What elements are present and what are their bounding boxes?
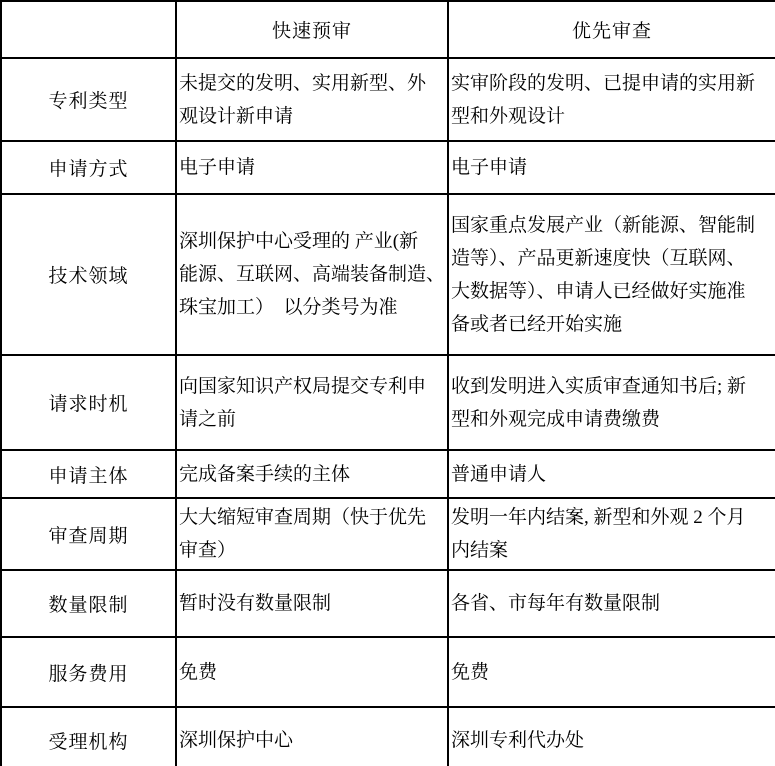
row-label-request-timing: 请求时机 [1, 355, 176, 450]
fast-cell-quantity-limit: 暂时没有数量限制 [176, 570, 448, 637]
row-label-patent-type: 专利类型 [1, 58, 176, 141]
table-row: 审查周期 大大缩短审查周期（快于优先 审查） 发明一年内结案, 新型和外观 2 … [1, 498, 775, 570]
fast-cell-tech-field: 深圳保护中心受理的 产业(新 能源、互联网、高端装备制造、 珠宝加工） 以分类号… [176, 194, 448, 355]
fast-cell-accepting-agency: 深圳保护中心 [176, 707, 448, 766]
priority-cell-patent-type: 实审阶段的发明、已提申请的实用新 型和外观设计 [448, 58, 775, 141]
header-row: 快速预审 优先审查 [1, 1, 775, 58]
priority-cell-exam-cycle: 发明一年内结案, 新型和外观 2 个月 内结案 [448, 498, 775, 570]
document-page: 快速预审 优先审查 专利类型 未提交的发明、实用新型、外 观设计新申请 实审阶段… [0, 0, 775, 766]
fast-cell-application-method: 电子申请 [176, 141, 448, 194]
priority-cell-quantity-limit: 各省、市每年有数量限制 [448, 570, 775, 637]
header-fast-track: 快速预审 [176, 1, 448, 58]
table-row: 技术领域 深圳保护中心受理的 产业(新 能源、互联网、高端装备制造、 珠宝加工）… [1, 194, 775, 355]
row-label-tech-field: 技术领域 [1, 194, 176, 355]
priority-cell-tech-field: 国家重点发展产业（新能源、智能制 造等）、产品更新速度快（互联网、 大数据等）、… [448, 194, 775, 355]
row-label-exam-cycle: 审查周期 [1, 498, 176, 570]
table-row: 请求时机 向国家知识产权局提交专利申 请之前 收到发明进入实质审查通知书后; 新… [1, 355, 775, 450]
priority-cell-service-fee: 免费 [448, 637, 775, 707]
priority-cell-application-method: 电子申请 [448, 141, 775, 194]
table-row: 申请主体 完成备案手续的主体 普通申请人 [1, 450, 775, 498]
table-row: 专利类型 未提交的发明、实用新型、外 观设计新申请 实审阶段的发明、已提申请的实… [1, 58, 775, 141]
header-priority-exam: 优先审查 [448, 1, 775, 58]
priority-cell-applicant: 普通申请人 [448, 450, 775, 498]
table-row: 申请方式 电子申请 电子申请 [1, 141, 775, 194]
row-label-applicant: 申请主体 [1, 450, 176, 498]
fast-cell-patent-type: 未提交的发明、实用新型、外 观设计新申请 [176, 58, 448, 141]
table-row: 服务费用 免费 免费 [1, 637, 775, 707]
row-label-application-method: 申请方式 [1, 141, 176, 194]
row-label-accepting-agency: 受理机构 [1, 707, 176, 766]
fast-cell-applicant: 完成备案手续的主体 [176, 450, 448, 498]
row-label-service-fee: 服务费用 [1, 637, 176, 707]
fast-cell-exam-cycle: 大大缩短审查周期（快于优先 审查） [176, 498, 448, 570]
priority-cell-accepting-agency: 深圳专利代办处 [448, 707, 775, 766]
header-empty-cell [1, 1, 176, 58]
table-row: 数量限制 暂时没有数量限制 各省、市每年有数量限制 [1, 570, 775, 637]
comparison-table: 快速预审 优先审查 专利类型 未提交的发明、实用新型、外 观设计新申请 实审阶段… [0, 0, 775, 766]
row-label-quantity-limit: 数量限制 [1, 570, 176, 637]
table-row: 受理机构 深圳保护中心 深圳专利代办处 [1, 707, 775, 766]
fast-cell-request-timing: 向国家知识产权局提交专利申 请之前 [176, 355, 448, 450]
priority-cell-request-timing: 收到发明进入实质审查通知书后; 新 型和外观完成申请费缴费 [448, 355, 775, 450]
fast-cell-service-fee: 免费 [176, 637, 448, 707]
